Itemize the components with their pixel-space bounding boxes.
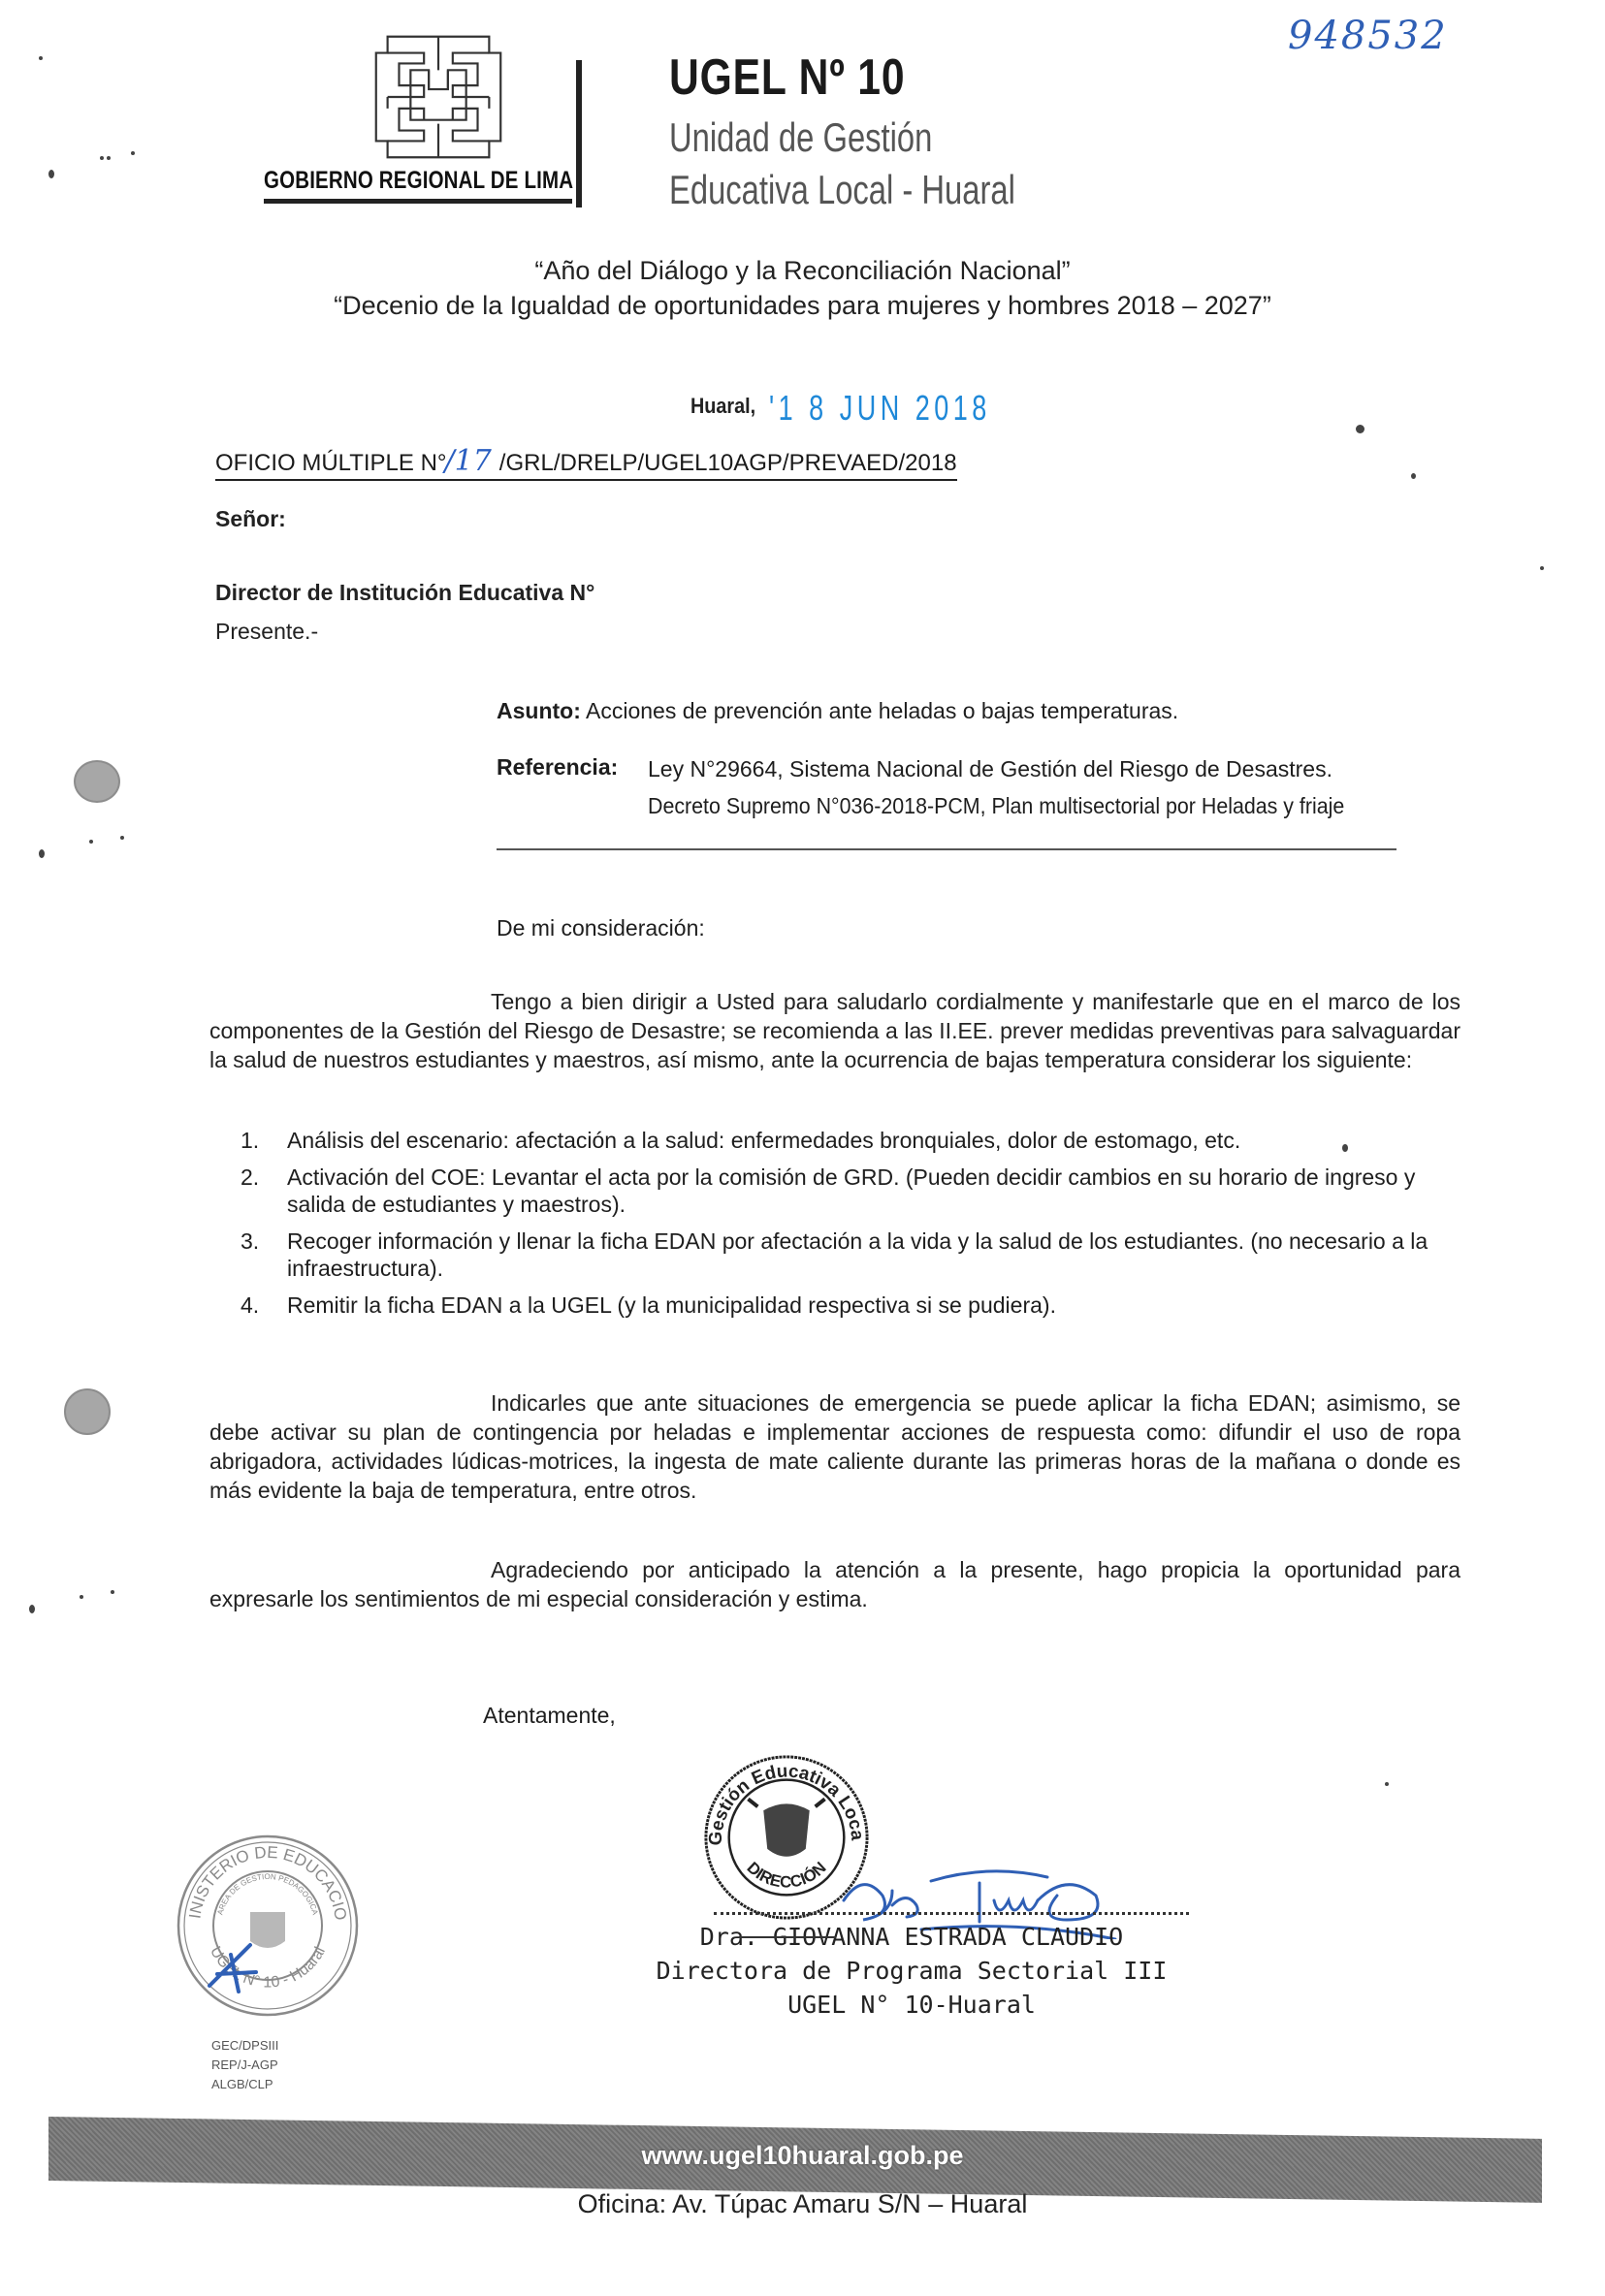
recommendations-list: 1.Análisis del escenario: afectación a l…	[233, 1127, 1461, 1328]
oficio-suffix: /GRL/DRELP/UGEL10AGP/PREVAED/2018	[499, 450, 957, 476]
scan-speck	[80, 1595, 83, 1599]
ministry-stamp: MINISTERIO DE EDUCACION UGEL N° 10 - Hua…	[171, 1829, 365, 2023]
date-city: Huaral,	[690, 394, 755, 419]
closing: Atentamente,	[483, 1703, 616, 1729]
paragraph-text: Tengo a bien dirigir a Usted para saluda…	[209, 989, 1461, 1072]
reference-label: Referencia:	[497, 754, 618, 781]
punch-hole	[64, 1388, 111, 1435]
initials-line: ALGB/CLP	[211, 2075, 278, 2094]
scan-speck	[1356, 425, 1364, 433]
signatory-name: Dra. GIOVANNA ESTRADA CLAUDIO	[621, 1923, 1203, 1951]
scan-speck	[29, 1605, 35, 1613]
header-underline	[264, 199, 572, 204]
body-paragraph: Indicarles que ante situaciones de emerg…	[209, 1388, 1461, 1505]
scan-speck	[120, 836, 124, 840]
date-stamp: '1 8 JUN 2018	[769, 388, 991, 429]
initials-line: GEC/DPSIII	[211, 2036, 278, 2056]
year-motto: “Año del Diálogo y la Reconciliación Nac…	[0, 256, 1605, 286]
paragraph-text: Agradeciendo por anticipado la atención …	[209, 1557, 1461, 1611]
reference-item: Ley N°29664, Sistema Nacional de Gestión…	[648, 756, 1332, 782]
list-number: 1.	[241, 1127, 259, 1154]
list-item: 3.Recoger información y llenar la ficha …	[233, 1228, 1461, 1282]
list-number: 3.	[241, 1228, 259, 1255]
scan-speck	[48, 170, 54, 178]
oficio-prefix: OFICIO MÚLTIPLE N°	[215, 450, 447, 476]
scan-speck	[39, 56, 43, 60]
list-text: Análisis del escenario: afectación a la …	[287, 1128, 1240, 1153]
list-item: 1.Análisis del escenario: afectación a l…	[233, 1127, 1461, 1154]
scan-speck	[100, 156, 104, 160]
paragraph-text: Indicarles que ante situaciones de emerg…	[209, 1390, 1461, 1503]
list-text: Activación del COE: Levantar el acta por…	[287, 1164, 1415, 1217]
separator-line	[497, 848, 1396, 850]
scan-speck	[1385, 1782, 1389, 1786]
list-number: 2.	[241, 1164, 259, 1191]
subject-label: Asunto:	[497, 698, 581, 723]
list-item: 4.Remitir la ficha EDAN a la UGEL (y la …	[233, 1291, 1461, 1319]
strike-mark	[739, 1936, 836, 1938]
punch-hole	[74, 760, 120, 803]
signatory-organization: UGEL N° 10-Huaral	[621, 1991, 1203, 2019]
initials-line: REP/J-AGP	[211, 2056, 278, 2075]
handwritten-registry-number: 948532	[1288, 14, 1448, 58]
ugel-subtitle-line1: Unidad de Gestión	[669, 114, 932, 161]
gobierno-regional-logo	[357, 31, 520, 163]
list-item: 2.Activación del COE: Levantar el acta p…	[233, 1164, 1461, 1218]
subject-text: Acciones de prevención ante heladas o ba…	[586, 698, 1178, 723]
oficio-reference: OFICIO MÚLTIPLE N°/17/GRL/DRELP/UGEL10AG…	[215, 444, 957, 481]
list-number: 4.	[241, 1291, 259, 1319]
svg-text:AREA DE GESTION PEDAGOGICA: AREA DE GESTION PEDAGOGICA	[215, 1872, 319, 1917]
recipient: Director de Institución Educativa N°	[215, 580, 594, 606]
gobierno-regional-label: GOBIERNO REGIONAL DE LIMA	[264, 167, 573, 195]
date-line: Huaral, '1 8 JUN 2018	[690, 388, 1065, 429]
ugel-subtitle-line2: Educativa Local - Huaral	[669, 167, 1015, 213]
scan-speck	[39, 849, 45, 858]
ugel-title: UGEL Nº 10	[669, 48, 905, 107]
svg-text:UGEL N° 10 - Huaral: UGEL N° 10 - Huaral	[207, 1944, 329, 1992]
scan-speck	[1411, 473, 1416, 479]
header-divider	[576, 60, 582, 207]
scan-speck	[131, 151, 135, 155]
footer-office-address: Oficina: Av. Túpac Amaru S/N – Huaral	[0, 2189, 1605, 2219]
oficio-number: /17	[445, 444, 492, 478]
list-text: Recoger información y llenar la ficha ED…	[287, 1228, 1428, 1281]
salutation: Señor:	[215, 506, 286, 532]
scan-speck	[1540, 566, 1544, 570]
initials-block: GEC/DPSIII REP/J-AGP ALGB/CLP	[211, 2036, 278, 2094]
greeting: De mi consideración:	[497, 915, 705, 941]
footer-website: www.ugel10huaral.gob.pe	[0, 2141, 1605, 2171]
signature-line	[714, 1912, 1189, 1915]
body-paragraph: Tengo a bien dirigir a Usted para saluda…	[209, 987, 1461, 1074]
subject: Asunto: Acciones de prevención ante hela…	[497, 698, 1178, 724]
body-paragraph: Agradeciendo por anticipado la atención …	[209, 1555, 1461, 1613]
reference-item: Decreto Supremo N°036-2018-PCM, Plan mul…	[648, 793, 1344, 819]
scan-speck	[107, 156, 111, 160]
scan-speck	[89, 840, 93, 844]
presente: Presente.-	[215, 619, 318, 645]
decade-motto: “Decenio de la Igualdad de oportunidades…	[0, 291, 1605, 321]
list-text: Remitir la ficha EDAN a la UGEL (y la mu…	[287, 1292, 1056, 1318]
signatory-title: Directora de Programa Sectorial III	[621, 1957, 1203, 1985]
scan-speck	[111, 1590, 114, 1594]
